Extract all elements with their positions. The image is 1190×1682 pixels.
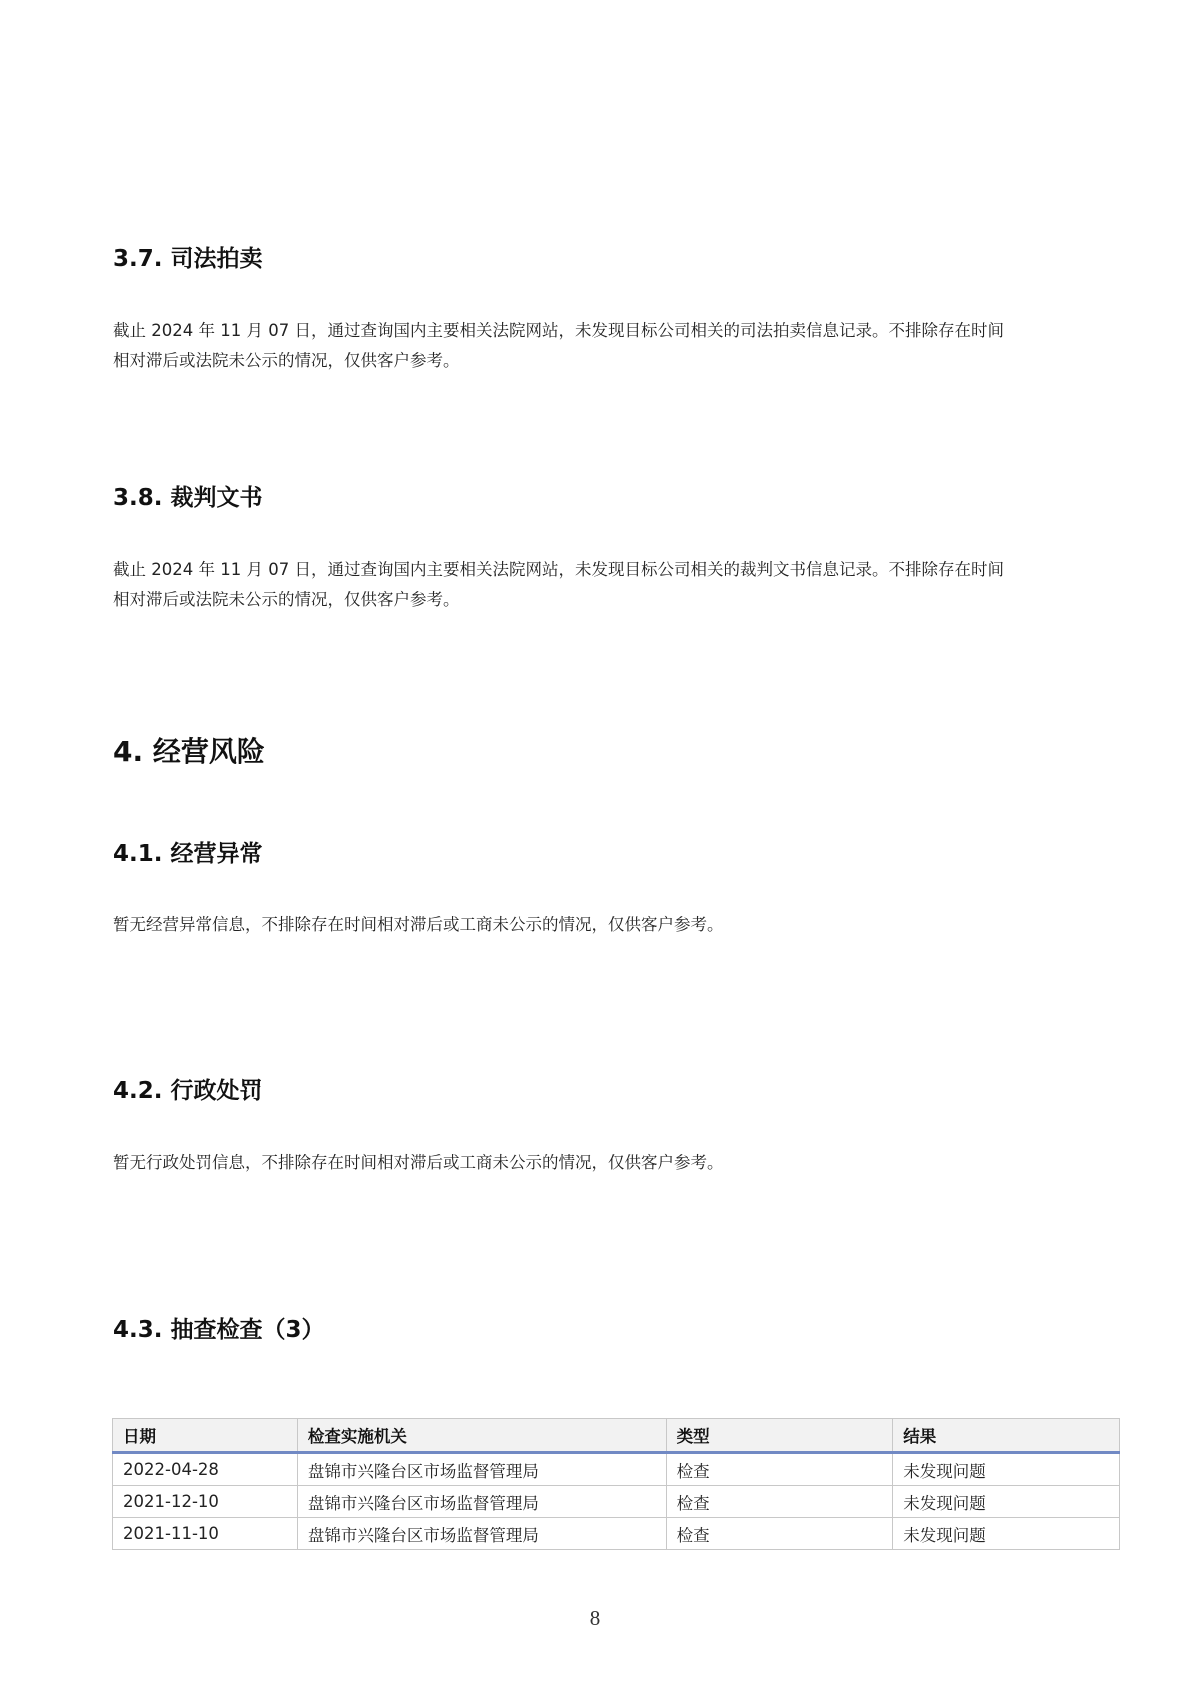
section-heading-administrative-penalty: 4.2. 行政处罚 bbox=[113, 1080, 263, 1103]
cell-type: 检查 bbox=[666, 1486, 893, 1518]
chapter-heading-operational-risk: 4. 经营风险 bbox=[113, 738, 265, 766]
table-row: 2022-04-28 盘锦市兴隆台区市场监督管理局 检查 未发现问题 bbox=[113, 1453, 1120, 1486]
paragraph-line: 暂无经营异常信息，不排除存在时间相对滞后或工商未公示的情况，仅供客户参考。 bbox=[113, 910, 1093, 940]
paragraph-line: 截止 2024 年 11 月 07 日，通过查询国内主要相关法院网站，未发现目标… bbox=[113, 555, 1093, 585]
paragraph-judicial-auction: 截止 2024 年 11 月 07 日，通过查询国内主要相关法院网站，未发现目标… bbox=[113, 316, 1093, 376]
section-heading-abnormal-operation: 4.1. 经营异常 bbox=[113, 843, 263, 866]
section-heading-spot-checks: 4.3. 抽查检查（3） bbox=[113, 1319, 325, 1342]
page-number: 8 bbox=[0, 1606, 1190, 1631]
table-header-row: 日期 检查实施机关 类型 结果 bbox=[113, 1419, 1120, 1453]
column-header-type: 类型 bbox=[666, 1419, 893, 1453]
paragraph-judgment-documents: 截止 2024 年 11 月 07 日，通过查询国内主要相关法院网站，未发现目标… bbox=[113, 555, 1093, 615]
paragraph-line: 截止 2024 年 11 月 07 日，通过查询国内主要相关法院网站，未发现目标… bbox=[113, 316, 1093, 346]
cell-type: 检查 bbox=[666, 1453, 893, 1486]
paragraph-line: 相对滞后或法院未公示的情况，仅供客户参考。 bbox=[113, 346, 1093, 376]
cell-authority: 盘锦市兴隆台区市场监督管理局 bbox=[297, 1486, 666, 1518]
cell-type: 检查 bbox=[666, 1518, 893, 1550]
cell-date: 2021-12-10 bbox=[113, 1486, 298, 1518]
cell-date: 2021-11-10 bbox=[113, 1518, 298, 1550]
cell-result: 未发现问题 bbox=[893, 1486, 1120, 1518]
cell-date: 2022-04-28 bbox=[113, 1453, 298, 1486]
column-header-authority: 检查实施机关 bbox=[297, 1419, 666, 1453]
column-header-result: 结果 bbox=[893, 1419, 1120, 1453]
section-heading-judicial-auction: 3.7. 司法拍卖 bbox=[113, 248, 263, 271]
cell-authority: 盘锦市兴隆台区市场监督管理局 bbox=[297, 1518, 666, 1550]
column-header-date: 日期 bbox=[113, 1419, 298, 1453]
paragraph-administrative-penalty: 暂无行政处罚信息，不排除存在时间相对滞后或工商未公示的情况，仅供客户参考。 bbox=[113, 1148, 1093, 1178]
spot-check-table: 日期 检查实施机关 类型 结果 2022-04-28 盘锦市兴隆台区市场监督管理… bbox=[112, 1418, 1120, 1550]
paragraph-line: 相对滞后或法院未公示的情况，仅供客户参考。 bbox=[113, 585, 1093, 615]
cell-result: 未发现问题 bbox=[893, 1453, 1120, 1486]
paragraph-abnormal-operation: 暂无经营异常信息，不排除存在时间相对滞后或工商未公示的情况，仅供客户参考。 bbox=[113, 910, 1093, 940]
cell-result: 未发现问题 bbox=[893, 1518, 1120, 1550]
table-row: 2021-12-10 盘锦市兴隆台区市场监督管理局 检查 未发现问题 bbox=[113, 1486, 1120, 1518]
cell-authority: 盘锦市兴隆台区市场监督管理局 bbox=[297, 1453, 666, 1486]
paragraph-line: 暂无行政处罚信息，不排除存在时间相对滞后或工商未公示的情况，仅供客户参考。 bbox=[113, 1148, 1093, 1178]
section-heading-judgment-documents: 3.8. 裁判文书 bbox=[113, 487, 263, 510]
table-row: 2021-11-10 盘锦市兴隆台区市场监督管理局 检查 未发现问题 bbox=[113, 1518, 1120, 1550]
